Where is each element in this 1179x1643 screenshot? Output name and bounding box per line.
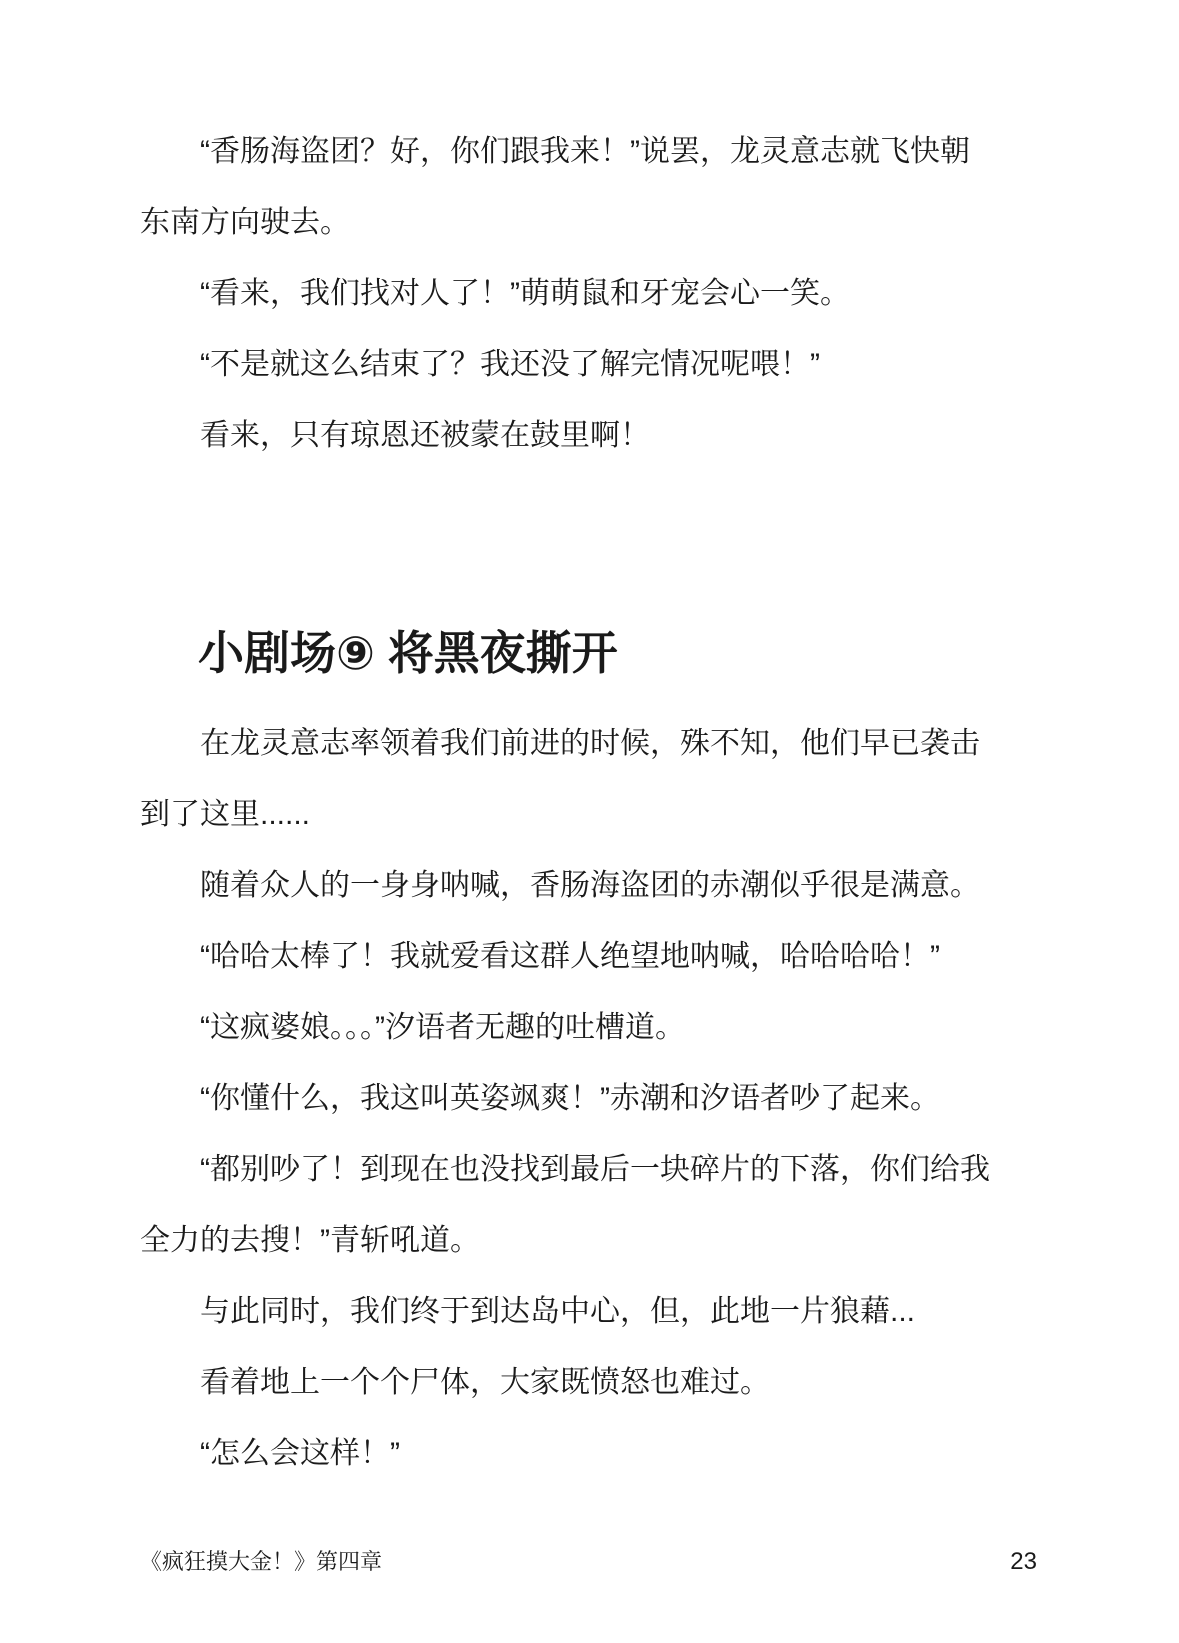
page-footer: 《疯狂摸大金！》第四章 23 bbox=[140, 1548, 1037, 1576]
text-line: “不是就这么结束了？我还没了解完情况呢喂！” bbox=[140, 329, 1179, 400]
text-line: “你懂什么，我这叫英姿飒爽！”赤潮和汐语者吵了起来。 bbox=[140, 1063, 1179, 1134]
text-line: 随着众人的一身身呐喊，香肠海盗团的赤潮似乎很是满意。 bbox=[140, 850, 1179, 921]
text-line: 全力的去搜！”青斩吼道。 bbox=[140, 1205, 1179, 1276]
paragraph: “怎么会这样！” bbox=[140, 1418, 1179, 1489]
paragraph: 看着地上一个个尸体，大家既愤怒也难过。 bbox=[140, 1347, 1179, 1418]
paragraph: “都别吵了！到现在也没找到最后一块碎片的下落，你们给我全力的去搜！”青斩吼道。 bbox=[140, 1134, 1179, 1276]
footer-book-title: 《疯狂摸大金！》第四章 bbox=[140, 1548, 382, 1576]
text-line: 看着地上一个个尸体，大家既愤怒也难过。 bbox=[140, 1347, 1179, 1418]
heading-line: 小剧场⑨ 将黑夜撕开 bbox=[140, 625, 1179, 681]
page-content: “香肠海盗团？好，你们跟我来！”说罢，龙灵意志就飞快朝东南方向驶去。“看来，我们… bbox=[140, 116, 1179, 1489]
text-line: “看来，我们找对人了！”萌萌鼠和牙宠会心一笑。 bbox=[140, 258, 1179, 329]
text-line: 东南方向驶去。 bbox=[140, 187, 1179, 258]
document-page: “香肠海盗团？好，你们跟我来！”说罢，龙灵意志就飞快朝东南方向驶去。“看来，我们… bbox=[0, 0, 1179, 1643]
text-line: 与此同时，我们终于到达岛中心，但，此地一片狼藉... bbox=[140, 1276, 1179, 1347]
paragraph: “哈哈太棒了！我就爱看这群人绝望地呐喊，哈哈哈哈！” bbox=[140, 921, 1179, 992]
page-number: 23 bbox=[1010, 1548, 1037, 1576]
paragraph: 随着众人的一身身呐喊，香肠海盗团的赤潮似乎很是满意。 bbox=[140, 850, 1179, 921]
paragraph: 与此同时，我们终于到达岛中心，但，此地一片狼藉... bbox=[140, 1276, 1179, 1347]
text-line: 到了这里...... bbox=[140, 779, 1179, 850]
paragraph: 在龙灵意志率领着我们前进的时候，殊不知，他们早已袭击到了这里...... bbox=[140, 708, 1179, 850]
text-line: “这疯婆娘。。。”汐语者无趣的吐槽道。 bbox=[140, 992, 1179, 1063]
paragraph: “香肠海盗团？好，你们跟我来！”说罢，龙灵意志就飞快朝东南方向驶去。 bbox=[140, 116, 1179, 258]
text-line: “怎么会这样！” bbox=[140, 1418, 1179, 1489]
section-heading: 小剧场⑨ 将黑夜撕开 bbox=[140, 625, 1179, 681]
paragraph: “看来，我们找对人了！”萌萌鼠和牙宠会心一笑。 bbox=[140, 258, 1179, 329]
paragraph: 看来，只有琼恩还被蒙在鼓里啊！ bbox=[140, 400, 1179, 471]
paragraph: “你懂什么，我这叫英姿飒爽！”赤潮和汐语者吵了起来。 bbox=[140, 1063, 1179, 1134]
text-line: “香肠海盗团？好，你们跟我来！”说罢，龙灵意志就飞快朝 bbox=[140, 116, 1179, 187]
paragraph: “这疯婆娘。。。”汐语者无趣的吐槽道。 bbox=[140, 992, 1179, 1063]
text-line: 在龙灵意志率领着我们前进的时候，殊不知，他们早已袭击 bbox=[140, 708, 1179, 779]
text-line: 看来，只有琼恩还被蒙在鼓里啊！ bbox=[140, 400, 1179, 471]
text-line: “哈哈太棒了！我就爱看这群人绝望地呐喊，哈哈哈哈！” bbox=[140, 921, 1179, 992]
text-line: “都别吵了！到现在也没找到最后一块碎片的下落，你们给我 bbox=[140, 1134, 1179, 1205]
paragraph: “不是就这么结束了？我还没了解完情况呢喂！” bbox=[140, 329, 1179, 400]
